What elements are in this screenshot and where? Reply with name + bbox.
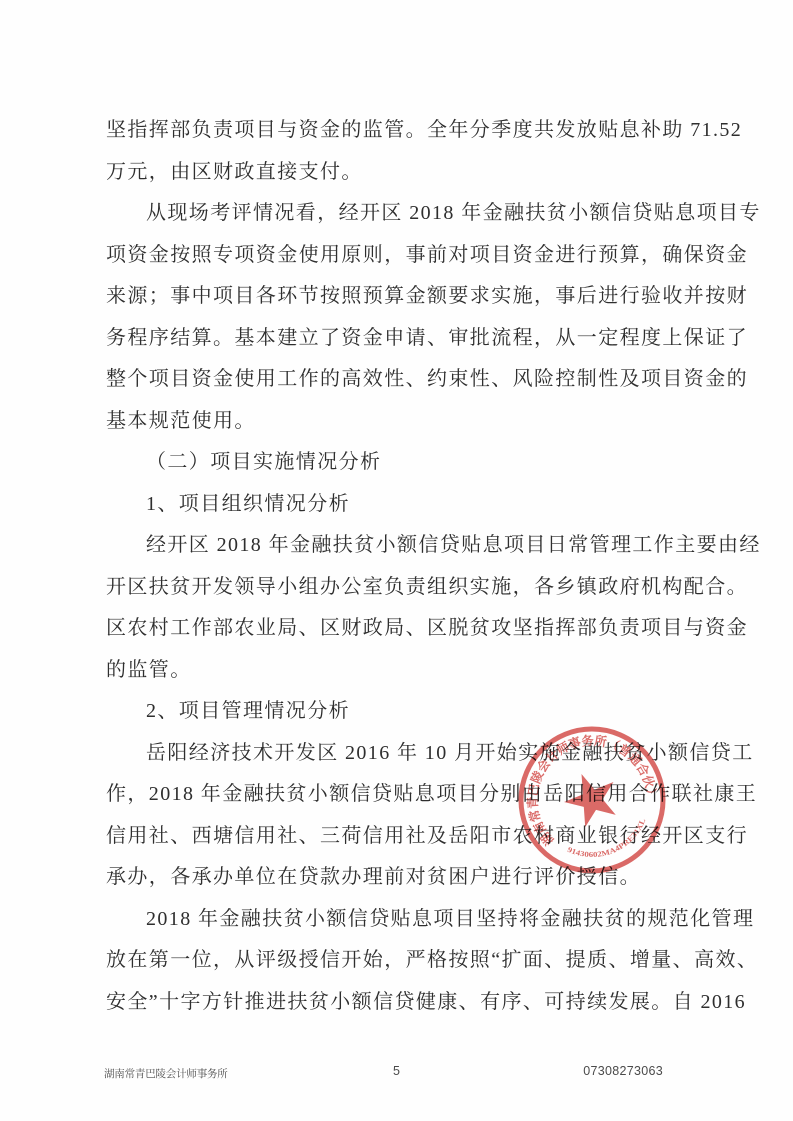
text-line: 2018 年金融扶贫小额信贷贴息项目坚持将金融扶贫的规范化管理 [106,899,692,941]
text-line: 的监管。 [106,650,692,692]
text-line: 从现场考评情况看，经开区 2018 年金融扶贫小额信贷贴息项目专 [106,193,692,235]
footer-phone: 07308273063 [583,1064,663,1078]
text-line: 基本规范使用。 [106,401,692,443]
text-line: 区农村工作部农业局、区财政局、区脱贫攻坚指挥部负责项目与资金 [106,608,692,650]
text-line: 经开区 2018 年金融扶贫小额信贷贴息项目日常管理工作主要由经 [106,525,692,567]
company-seal: 湖南常青巴陵会计师事务所（普通合伙） 91430602MA4PRE31XL [490,698,694,902]
text-line: （二）项目实施情况分析 [106,442,692,484]
footer-page-number: 5 [0,1064,793,1078]
page: 坚指挥部负责项目与资金的监管。全年分季度共发放贴息补助 71.52万元，由区财政… [0,0,793,1121]
text-line: 放在第一位，从评级授信开始，严格按照“扩面、提质、增量、高效、 [106,940,692,982]
footer: 湖南常青巴陵会计师事务所 5 07308273063 [0,1062,793,1082]
seal-star-icon [557,764,625,831]
text-line: 务程序结算。基本建立了资金申请、审批流程，从一定程度上保证了 [106,318,692,360]
seal-credit-code: 91430602MA4PRE31XL [564,814,655,871]
text-line: 开区扶贫开发领导小组办公室负责组织实施，各乡镇政府机构配合。 [106,567,692,609]
text-line: 坚指挥部负责项目与资金的监管。全年分季度共发放贴息补助 71.52 [106,110,692,152]
text-line: 1、项目组织情况分析 [106,484,692,526]
text-line: 来源；事中项目各环节按照预算金额要求实施，事后进行验收并按财 [106,276,692,318]
svg-text:91430602MA4PRE31XL: 91430602MA4PRE31XL [564,814,655,871]
text-line: 安全”十字方针推进扶贫小额信贷健康、有序、可持续发展。自 2016 [106,982,692,1024]
text-line: 万元，由区财政直接支付。 [106,152,692,194]
text-line: 整个项目资金使用工作的高效性、约束性、风险控制性及项目资金的 [106,359,692,401]
text-line: 项资金按照专项资金使用原则，事前对项目资金进行预算，确保资金 [106,235,692,277]
